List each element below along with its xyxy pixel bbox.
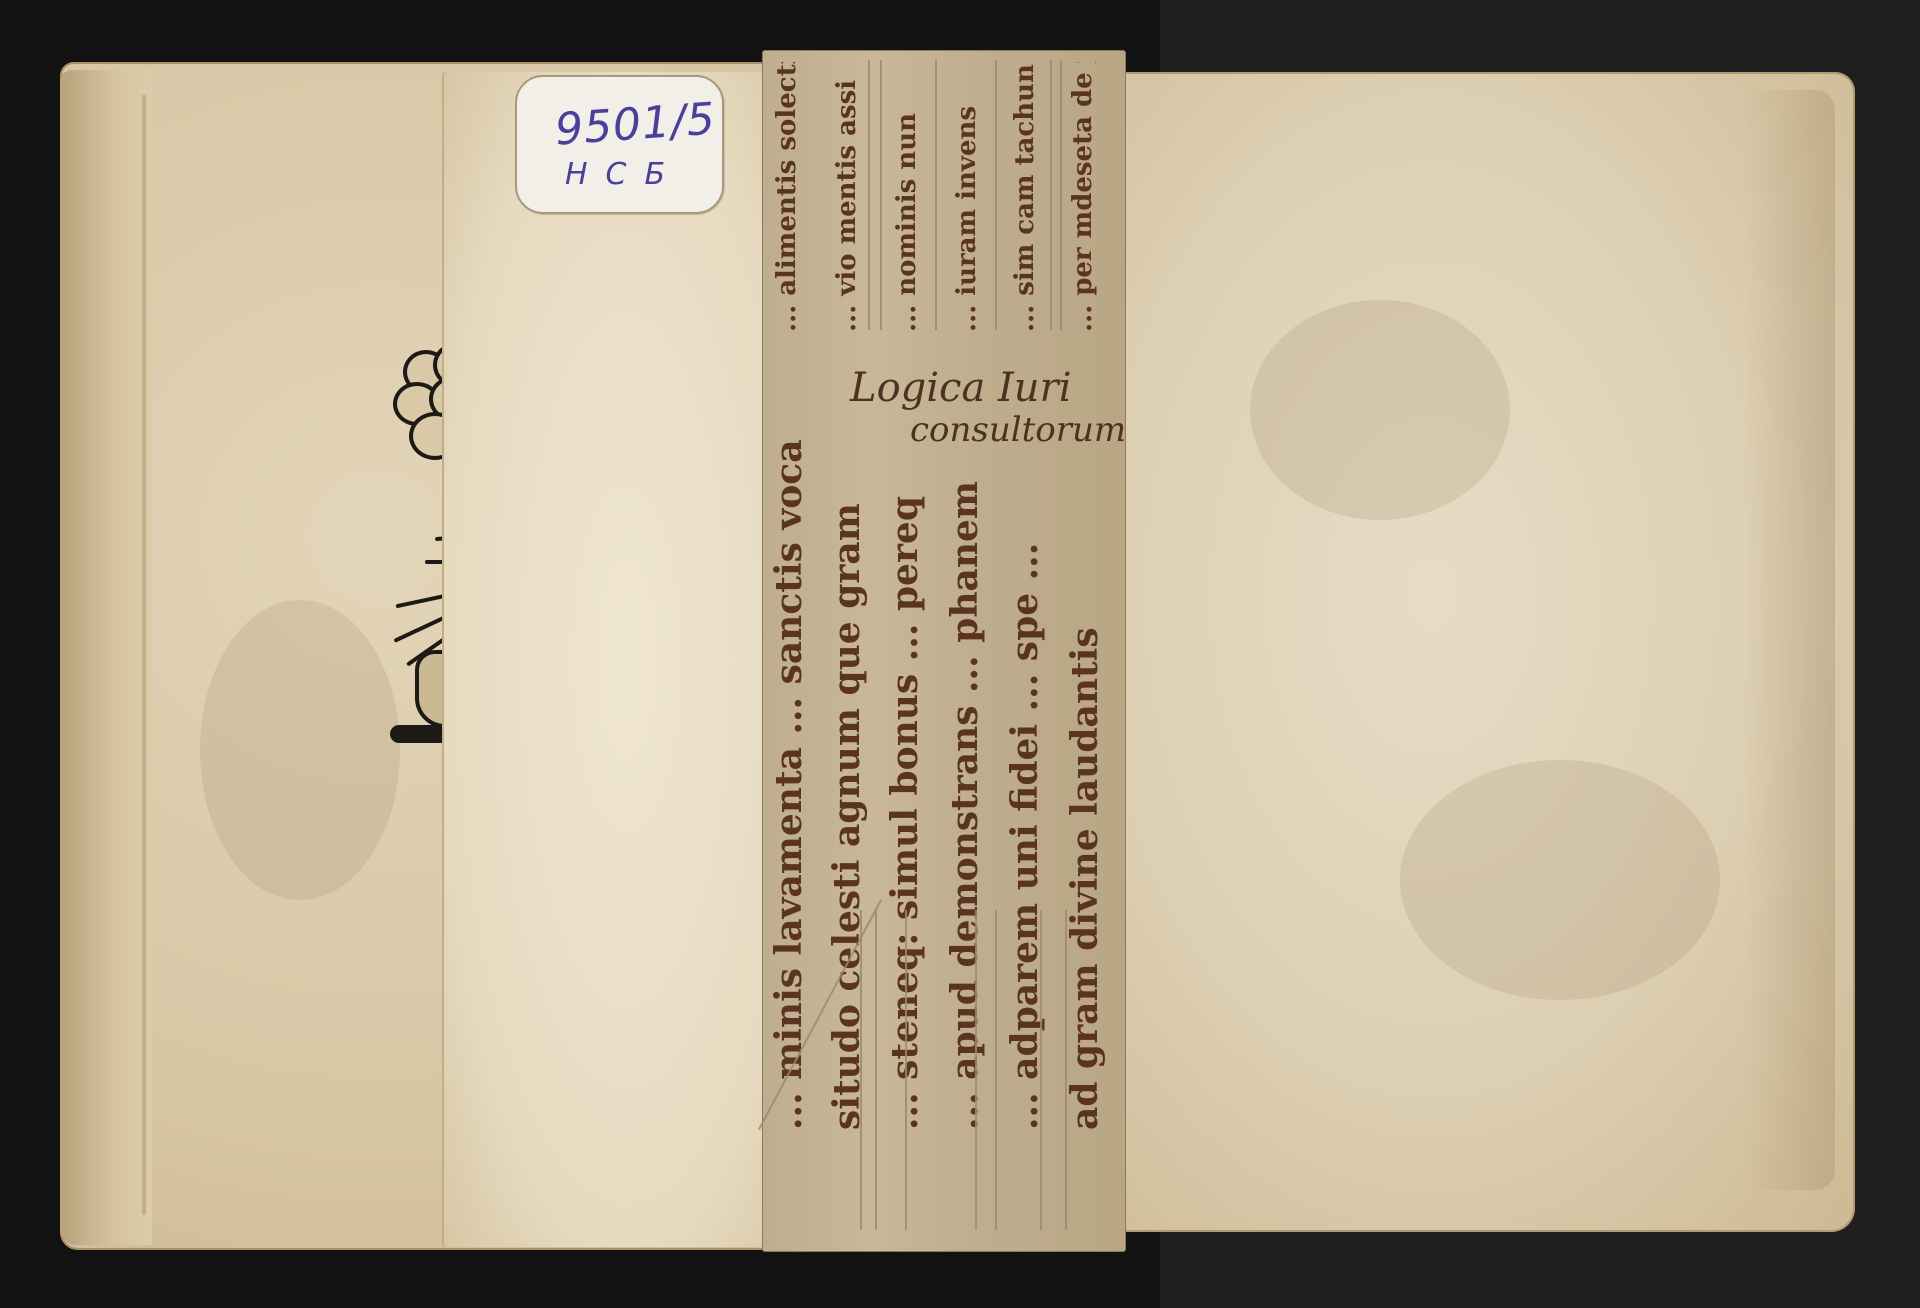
manuscript-column: ... minis lavamenta ... sanctis vocant [768,440,810,1130]
book-right-fold [1745,90,1835,1190]
sewing-thread [995,910,997,1230]
sewing-thread [995,60,997,330]
sewing-thread [1050,60,1052,330]
manuscript-column: ... alimentis solectis [772,62,802,332]
manuscript-column: ... per mdeseta de pa [1068,62,1098,332]
stain [1250,300,1510,520]
sewing-thread [905,910,907,1230]
sewing-thread [860,910,862,1230]
page-edge-line [142,95,146,1215]
sewing-thread [1040,910,1042,1230]
stain [1400,760,1720,1000]
sewing-thread [1065,910,1067,1230]
shelfmark-label: 9501/5 НСБ [515,75,724,214]
sewing-thread [868,60,870,330]
manuscript-column: ... apud demonstrans ... phanem [944,440,986,1130]
manuscript-column: ad gram divine laudantis [1064,440,1106,1130]
manuscript-column: ... nominis nun [892,62,922,332]
inner-flap [442,72,809,1247]
manuscript-column: ... vio mentis assi [832,62,862,332]
manuscript-column: ... sim cam tachun [1010,62,1040,332]
book-right-page [1085,72,1855,1232]
shelfmark-code: НСБ [565,157,683,192]
handwritten-title: Logica Iuri [850,365,1071,411]
sewing-thread [1060,60,1062,330]
shelfmark-number: 9501/5 [553,93,717,155]
book-left-edge [60,70,152,1245]
sewing-thread [935,60,937,330]
sewing-thread [875,910,877,1230]
manuscript-column: ... iuram invens [952,62,982,332]
sewing-thread [880,60,882,330]
stain [200,600,400,900]
sewing-thread [975,910,977,1230]
